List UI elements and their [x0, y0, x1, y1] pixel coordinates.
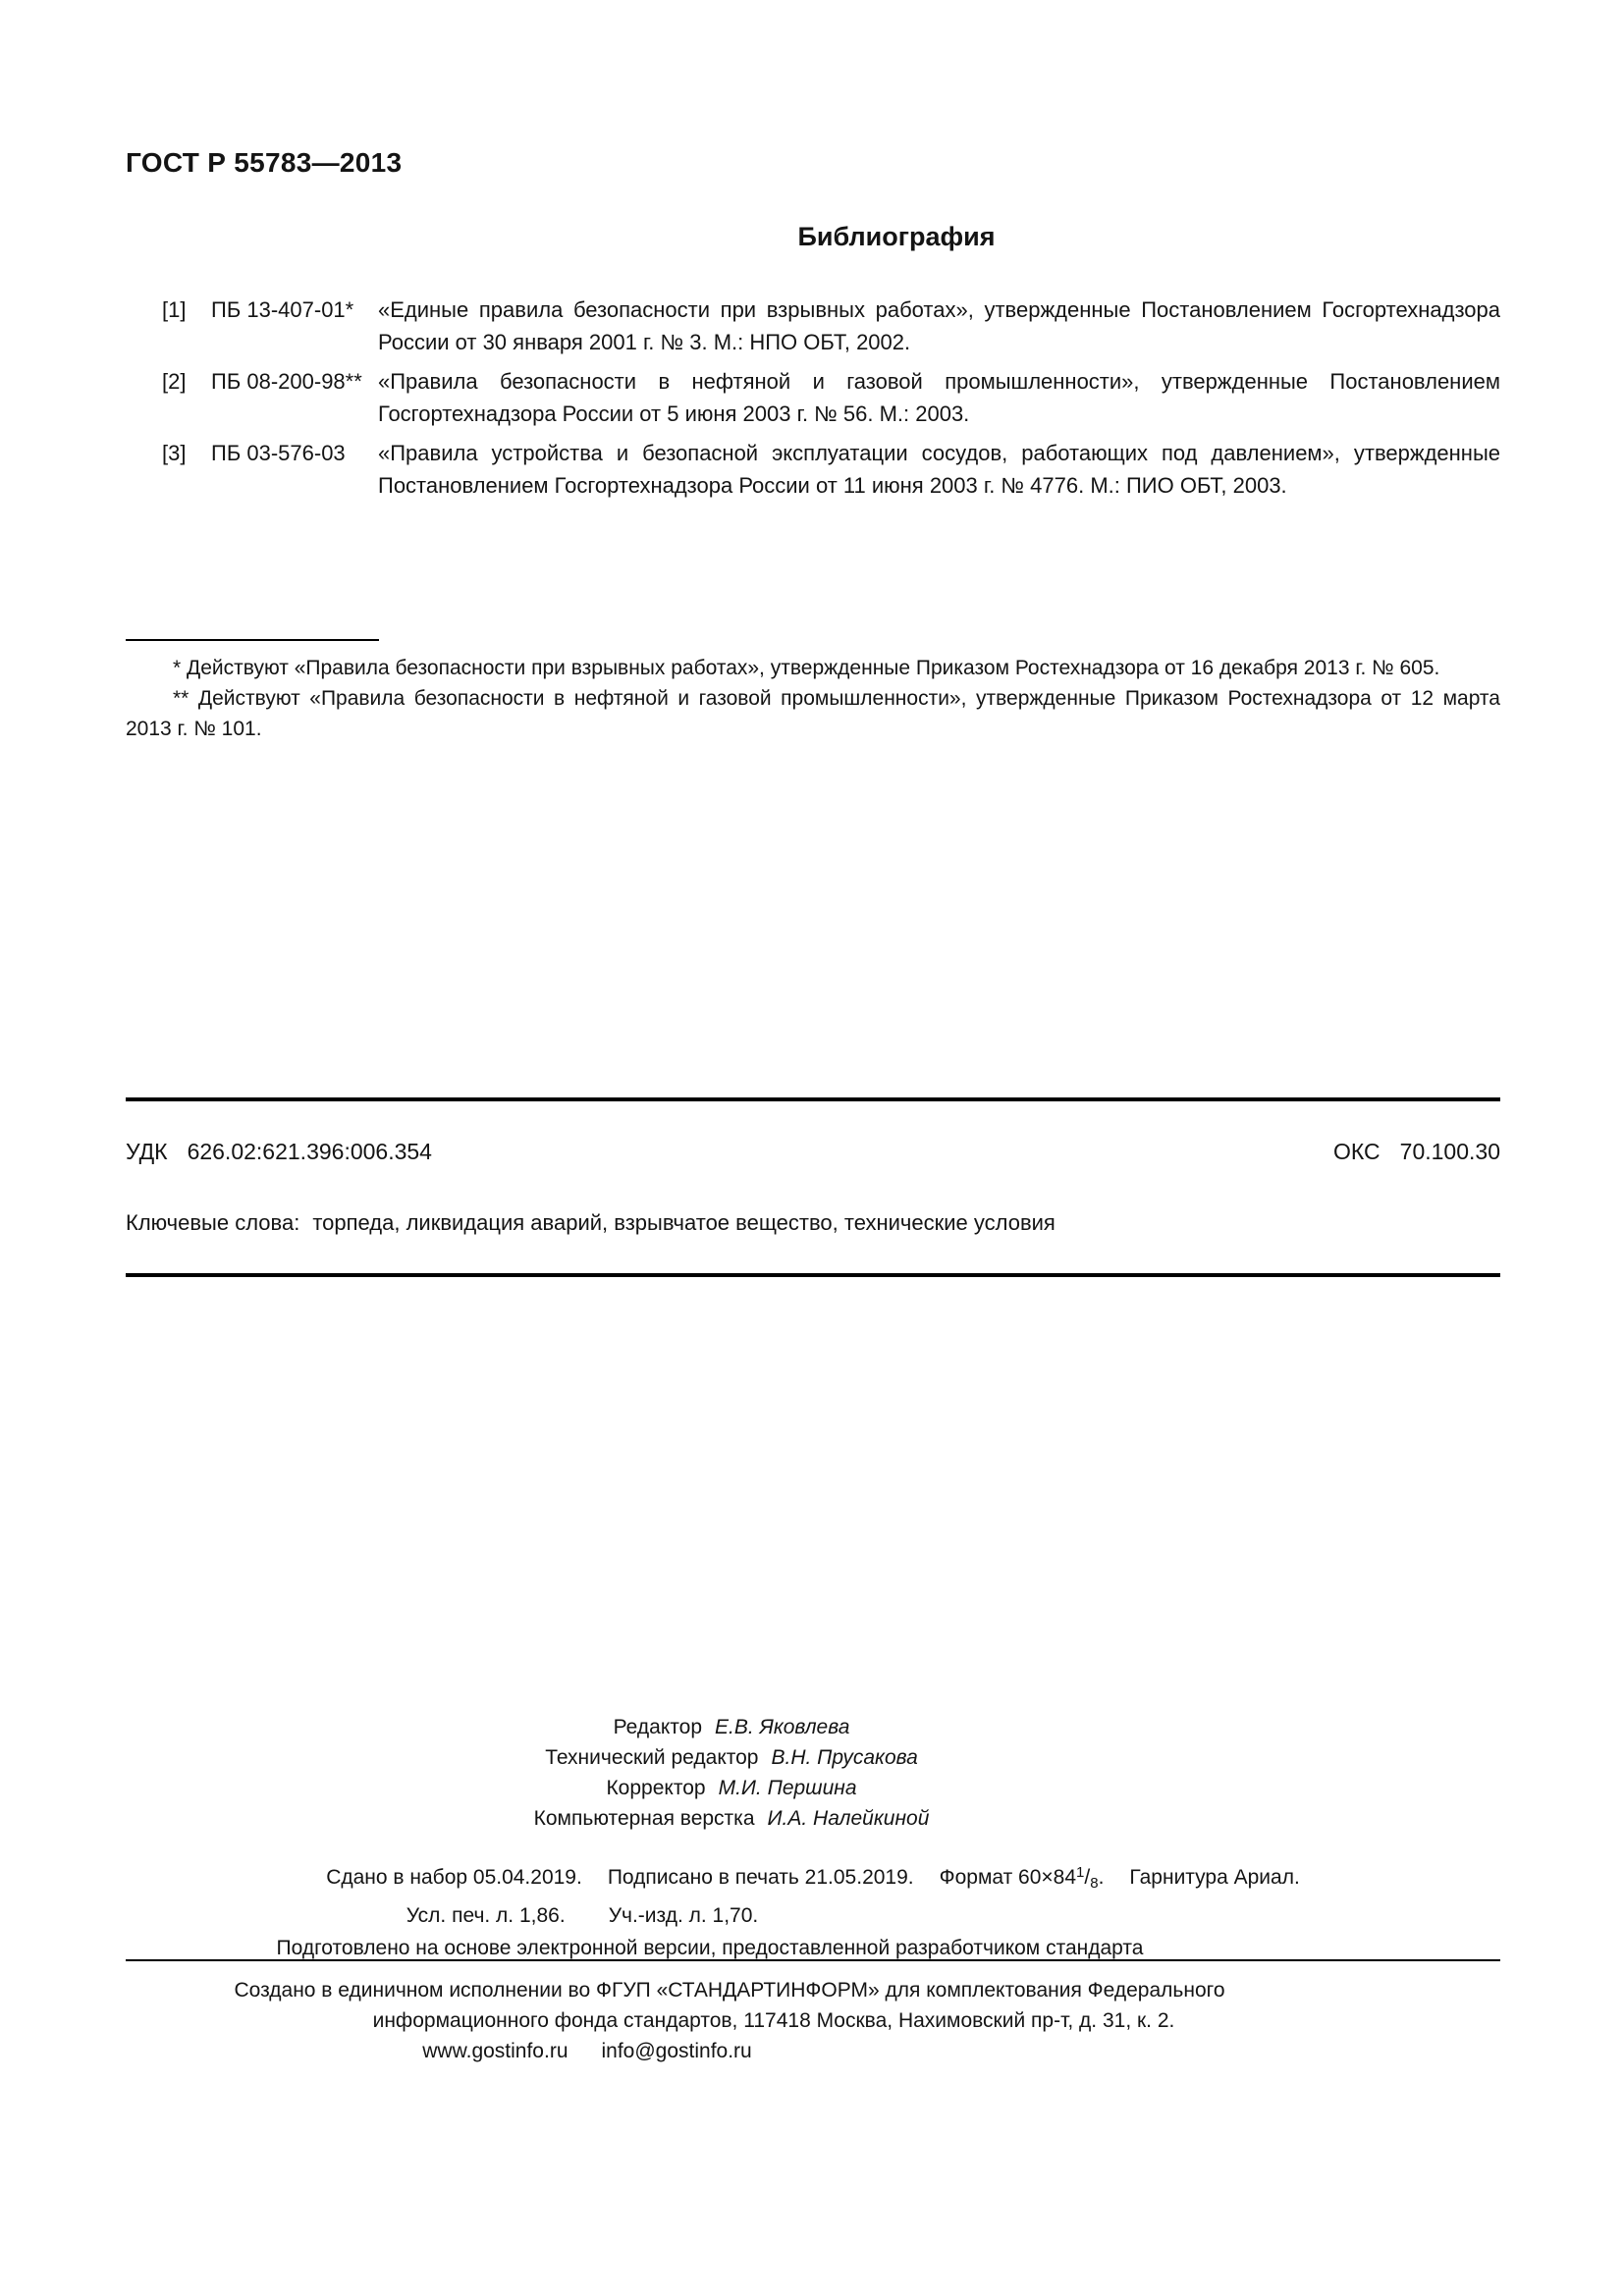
bibliography-list: [1] ПБ 13-407-01* «Единые правила безопа…	[126, 294, 1500, 508]
bib-ref-text: «Единые правила безопасности при взрывны…	[378, 294, 1500, 358]
imprint-sent: Сдано в набор 05.04.2019.	[326, 1866, 582, 1889]
bib-ref-code: ПБ 08-200-98**	[211, 365, 378, 398]
imprint-block: Сдано в набор 05.04.2019.Подписано в печ…	[126, 1856, 1500, 1964]
credit-role: Корректор	[606, 1777, 705, 1799]
footnote-text: Действуют «Правила безопасности в нефтян…	[126, 687, 1500, 740]
bib-ref-text: «Правила устройства и безопасной эксплуа…	[378, 437, 1500, 502]
udk-value: 626.02:621.396:006.354	[188, 1139, 432, 1164]
keywords-label: Ключевые слова:	[126, 1210, 299, 1235]
imprint-format: Формат 60×841/8.	[940, 1866, 1105, 1889]
credit-line: РедакторЕ.В. Яковлева	[126, 1712, 1337, 1742]
footnote-text: Действуют «Правила безопасности при взры…	[187, 657, 1439, 679]
bib-ref-code: ПБ 03-576-03	[211, 437, 378, 469]
horizontal-rule-bottom	[126, 1273, 1500, 1277]
keywords-value: торпеда, ликвидация аварий, взрывчатое в…	[312, 1210, 1056, 1235]
footer-line-2: информационного фонда стандартов, 117418…	[126, 2005, 1500, 2036]
oks-label: ОКС	[1333, 1139, 1380, 1164]
bib-ref-number: [1]	[162, 294, 211, 326]
email-text: info@gostinfo.ru	[602, 2040, 752, 2062]
bibliography-entry: [2] ПБ 08-200-98** «Правила безопасности…	[126, 365, 1500, 430]
credit-line: Компьютерная версткаИ.А. Налейкиной	[126, 1803, 1337, 1834]
footnote-marker: *	[173, 657, 181, 679]
footnote-separator	[126, 639, 379, 641]
website-text: www.gostinfo.ru	[422, 2040, 568, 2062]
classification-row: УДК626.02:621.396:006.354 ОКС70.100.30	[126, 1139, 1500, 1165]
udk-code: УДК626.02:621.396:006.354	[126, 1139, 432, 1165]
credit-name: И.А. Налейкиной	[768, 1807, 930, 1830]
credit-name: Е.В. Яковлева	[715, 1716, 849, 1738]
oks-value: 70.100.30	[1400, 1139, 1500, 1164]
imprint-typeface: Гарнитура Ариал.	[1129, 1866, 1299, 1889]
document-page: ГОСТ Р 55783—2013 Библиография [1] ПБ 13…	[126, 0, 1500, 2296]
imprint-accounting-sheets: Уч.-изд. л. 1,70.	[609, 1904, 759, 1927]
credit-role: Редактор	[614, 1716, 702, 1738]
keywords-line: Ключевые слова:торпеда, ликвидация авари…	[126, 1210, 1500, 1236]
bib-ref-number: [2]	[162, 365, 211, 398]
footnotes-block: * Действуют «Правила безопасности при вз…	[126, 653, 1500, 744]
footnote: ** Действуют «Правила безопасности в неф…	[126, 683, 1500, 744]
footer-line-1: Создано в единичном исполнении во ФГУП «…	[126, 1975, 1500, 2005]
footer-rule	[126, 1959, 1500, 1961]
credit-name: В.Н. Прусакова	[771, 1746, 917, 1769]
credit-line: КорректорМ.И. Першина	[126, 1773, 1337, 1803]
footnote-marker: **	[173, 687, 189, 710]
oks-code: ОКС70.100.30	[1333, 1139, 1500, 1165]
credits-block: РедакторЕ.В. Яковлева Технический редакт…	[126, 1712, 1500, 1834]
footnote: * Действуют «Правила безопасности при вз…	[126, 653, 1500, 683]
imprint-line-2: Усл. печ. л. 1,86.Уч.-изд. л. 1,70.	[126, 1899, 1500, 1932]
credit-role: Компьютерная верстка	[534, 1807, 755, 1830]
udk-label: УДК	[126, 1139, 168, 1164]
bibliography-entry: [1] ПБ 13-407-01* «Единые правила безопа…	[126, 294, 1500, 358]
bib-ref-number: [3]	[162, 437, 211, 469]
doc-code: ГОСТ Р 55783—2013	[126, 147, 402, 179]
footer-block: Создано в единичном исполнении во ФГУП «…	[126, 1975, 1500, 2066]
credit-role: Технический редактор	[545, 1746, 758, 1769]
imprint-signed: Подписано в печать 21.05.2019.	[608, 1866, 914, 1889]
imprint-line-1: Сдано в набор 05.04.2019.Подписано в печ…	[126, 1856, 1500, 1899]
imprint-format-period: .	[1099, 1866, 1105, 1889]
horizontal-rule-top	[126, 1097, 1500, 1101]
bib-ref-code: ПБ 13-407-01*	[211, 294, 378, 326]
bib-ref-text: «Правила безопасности в нефтяной и газов…	[378, 365, 1500, 430]
imprint-conventional-sheets: Усл. печ. л. 1,86.	[406, 1904, 566, 1927]
imprint-format-denominator: 8	[1090, 1875, 1098, 1892]
credit-name: М.И. Першина	[719, 1777, 857, 1799]
imprint-format-base: Формат 60×84	[940, 1866, 1076, 1889]
credit-line: Технический редакторВ.Н. Прусакова	[126, 1742, 1337, 1773]
bibliography-entry: [3] ПБ 03-576-03 «Правила устройства и б…	[126, 437, 1500, 502]
footer-line-3: www.gostinfo.ruinfo@gostinfo.ru	[126, 2036, 1500, 2066]
section-title: Библиография	[126, 222, 1500, 252]
